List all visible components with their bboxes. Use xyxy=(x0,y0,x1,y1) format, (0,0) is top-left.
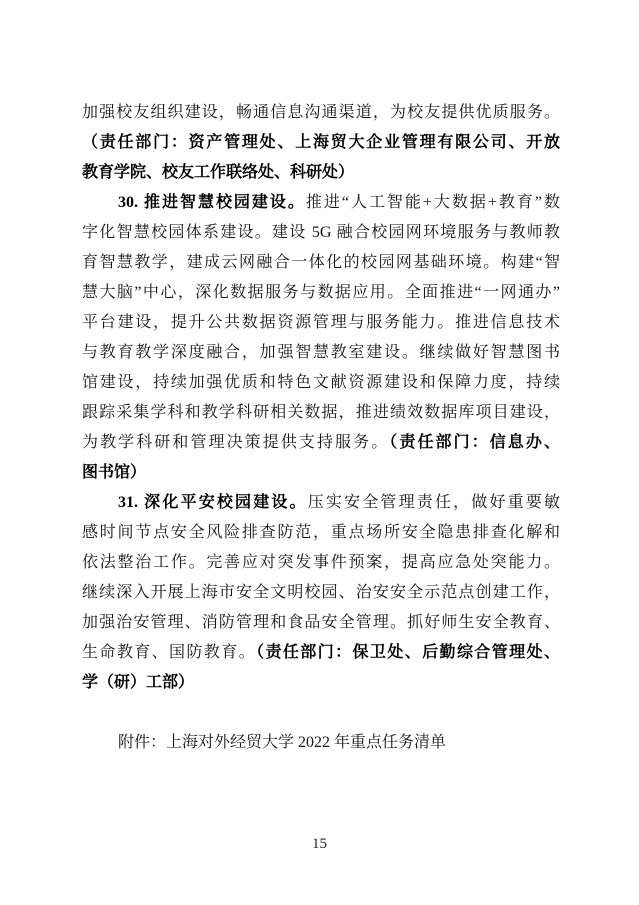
text-segment: （责任部门：信息办、 xyxy=(389,434,560,451)
text-segment: 继续深入开展上海市安全文明校园、治安安全示范点创建工作， xyxy=(82,584,560,601)
text-line: （责任部门：资产管理处、上海贸大企业管理有限公司、开放 xyxy=(82,128,560,158)
text-line: 育智慧教学，建成云网融合一体化的校园网基础环境。构建“智 xyxy=(82,248,560,278)
text-segment: （责任部门：资产管理处、上海贸大企业管理有限公司、开放 xyxy=(82,134,560,151)
text-line: 学（研）工部） xyxy=(82,668,560,698)
text-segment: 育智慧教学，建成云网融合一体化的校园网基础环境。构建“智 xyxy=(82,254,560,271)
text-segment: 附件：上海对外经贸大学 2022 年重点任务清单 xyxy=(118,734,446,751)
document-page: 加强校友组织建设，畅通信息沟通渠道，为校友提供优质服务。（责任部门：资产管理处、… xyxy=(0,0,639,905)
text-segment: 与教育教学深度融合，加强智慧教室建设。继续做好智慧图书 xyxy=(82,344,560,361)
text-segment: 感时间节点安全风险排查防范，重点场所安全隐患排查化解和 xyxy=(82,524,560,541)
text-segment: 字化智慧校园体系建设。建设 5G 融合校园网环境服务与教师教 xyxy=(82,224,560,241)
text-line: 图书馆） xyxy=(82,458,560,488)
text-line: 字化智慧校园体系建设。建设 5G 融合校园网环境服务与教师教 xyxy=(82,218,560,248)
text-segment: 压实安全管理责任，做好重要敏 xyxy=(308,494,560,511)
text-segment: 推进“人工智能+大数据+教育”数 xyxy=(306,194,560,211)
text-segment: 馆建设，持续加强优质和特色文献资源建设和保障力度，持续 xyxy=(82,374,560,391)
text-line: 依法整治工作。完善应对突发事件预案，提高应急处突能力。 xyxy=(82,548,560,578)
text-line: 馆建设，持续加强优质和特色文献资源建设和保障力度，持续 xyxy=(82,368,560,398)
text-line: 31. 深化平安校园建设。压实安全管理责任，做好重要敏 xyxy=(82,488,560,518)
text-segment: 慧大脑”中心，深化数据服务与数据应用。全面推进“一网通办” xyxy=(82,284,560,301)
text-line: 附件：上海对外经贸大学 2022 年重点任务清单 xyxy=(82,728,560,758)
text-segment: 30. 推进智慧校园建设。 xyxy=(118,194,306,211)
text-line: 继续深入开展上海市安全文明校园、治安安全示范点创建工作， xyxy=(82,578,560,608)
text-segment: （责任部门：保卫处、后勤综合管理处、 xyxy=(256,644,560,661)
text-segment: 为教学科研和管理决策提供支持服务。 xyxy=(82,434,389,451)
text-segment: 31. 深化平安校园建设。 xyxy=(118,494,308,511)
text-line: 慧大脑”中心，深化数据服务与数据应用。全面推进“一网通办” xyxy=(82,278,560,308)
text-line: 跟踪采集学科和教学科研相关数据，推进绩效数据库项目建设， xyxy=(82,398,560,428)
text-segment: 生命教育、国防教育。 xyxy=(82,644,256,661)
document-text-block: 加强校友组织建设，畅通信息沟通渠道，为校友提供优质服务。（责任部门：资产管理处、… xyxy=(82,98,560,758)
text-line: 平台建设，提升公共数据资源管理与服务能力。推进信息技术 xyxy=(82,308,560,338)
text-segment: 加强治安管理、消防管理和食品安全管理。抓好师生安全教育、 xyxy=(82,614,560,631)
text-segment: 图书馆） xyxy=(82,464,146,481)
text-line: 加强治安管理、消防管理和食品安全管理。抓好师生安全教育、 xyxy=(82,608,560,638)
text-segment: 加强校友组织建设，畅通信息沟通渠道，为校友提供优质服务。 xyxy=(82,104,560,121)
text-line xyxy=(82,698,560,728)
text-line: 与教育教学深度融合，加强智慧教室建设。继续做好智慧图书 xyxy=(82,338,560,368)
text-line: 为教学科研和管理决策提供支持服务。（责任部门：信息办、 xyxy=(82,428,560,458)
page-number: 15 xyxy=(0,836,639,853)
text-line: 30. 推进智慧校园建设。推进“人工智能+大数据+教育”数 xyxy=(82,188,560,218)
text-segment: 跟踪采集学科和教学科研相关数据，推进绩效数据库项目建设， xyxy=(82,404,560,421)
text-segment: 教育学院、校友工作联络处、科研处） xyxy=(82,164,354,181)
text-line: 教育学院、校友工作联络处、科研处） xyxy=(82,158,560,188)
text-line: 感时间节点安全风险排查防范，重点场所安全隐患排查化解和 xyxy=(82,518,560,548)
text-segment: 依法整治工作。完善应对突发事件预案，提高应急处突能力。 xyxy=(82,554,560,571)
text-line: 生命教育、国防教育。（责任部门：保卫处、后勤综合管理处、 xyxy=(82,638,560,668)
text-line: 加强校友组织建设，畅通信息沟通渠道，为校友提供优质服务。 xyxy=(82,98,560,128)
text-segment: 学（研）工部） xyxy=(82,674,194,691)
text-segment: 平台建设，提升公共数据资源管理与服务能力。推进信息技术 xyxy=(82,314,560,331)
